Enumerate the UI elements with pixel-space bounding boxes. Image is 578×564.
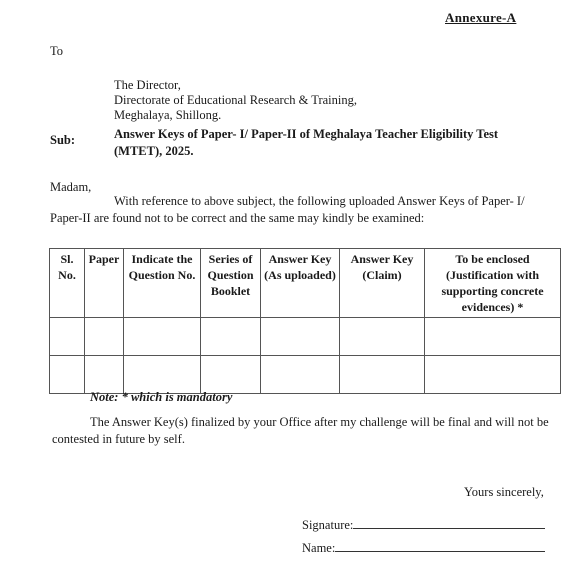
table-cell[interactable]	[85, 318, 124, 356]
table-cell[interactable]	[425, 356, 561, 394]
subject-text: Answer Keys of Paper- I/ Paper-II of Meg…	[114, 126, 534, 160]
table-cell[interactable]	[340, 318, 425, 356]
recipient-line: Meghalaya, Shillong.	[114, 108, 357, 123]
table-header-row: Sl. No. Paper Indicate the Question No. …	[50, 249, 561, 318]
table-cell[interactable]	[50, 356, 85, 394]
table-row	[50, 356, 561, 394]
recipient-line: Directorate of Educational Research & Tr…	[114, 93, 357, 108]
col-justification: To be enclosed (Justification with suppo…	[425, 249, 561, 318]
table-cell[interactable]	[201, 318, 261, 356]
col-question-no: Indicate the Question No.	[124, 249, 201, 318]
body-paragraph-2: The Answer Key(s) finalized by your Offi…	[52, 414, 550, 448]
name-label: Name:	[302, 541, 335, 555]
table-cell[interactable]	[201, 356, 261, 394]
table-row	[50, 318, 561, 356]
table-cell[interactable]	[340, 356, 425, 394]
body-paragraph-1: With reference to above subject, the fol…	[50, 193, 535, 227]
signature-label: Signature:	[302, 518, 353, 532]
name-field: Name:	[302, 541, 545, 556]
signature-line[interactable]	[353, 518, 545, 529]
col-sl-no: Sl. No.	[50, 249, 85, 318]
name-line[interactable]	[335, 541, 545, 552]
col-series: Series of Question Booklet	[201, 249, 261, 318]
table-cell[interactable]	[50, 318, 85, 356]
table-cell[interactable]	[425, 318, 561, 356]
col-key-claim: Answer Key (Claim)	[340, 249, 425, 318]
table-cell[interactable]	[124, 318, 201, 356]
col-key-uploaded: Answer Key (As uploaded)	[261, 249, 340, 318]
answer-key-table: Sl. No. Paper Indicate the Question No. …	[49, 248, 561, 394]
subject-label: Sub:	[50, 133, 75, 148]
recipient-line: The Director,	[114, 78, 357, 93]
signature-field: Signature:	[302, 518, 545, 533]
annexure-heading: Annexure-A	[445, 10, 516, 26]
to-label: To	[50, 44, 63, 59]
table-cell[interactable]	[261, 356, 340, 394]
recipient-address: The Director, Directorate of Educational…	[114, 78, 357, 123]
table-cell[interactable]	[85, 356, 124, 394]
table-cell[interactable]	[124, 356, 201, 394]
table-cell[interactable]	[261, 318, 340, 356]
mandatory-note: Note: * which is mandatory	[90, 390, 232, 405]
col-paper: Paper	[85, 249, 124, 318]
sign-off: Yours sincerely,	[464, 485, 544, 500]
